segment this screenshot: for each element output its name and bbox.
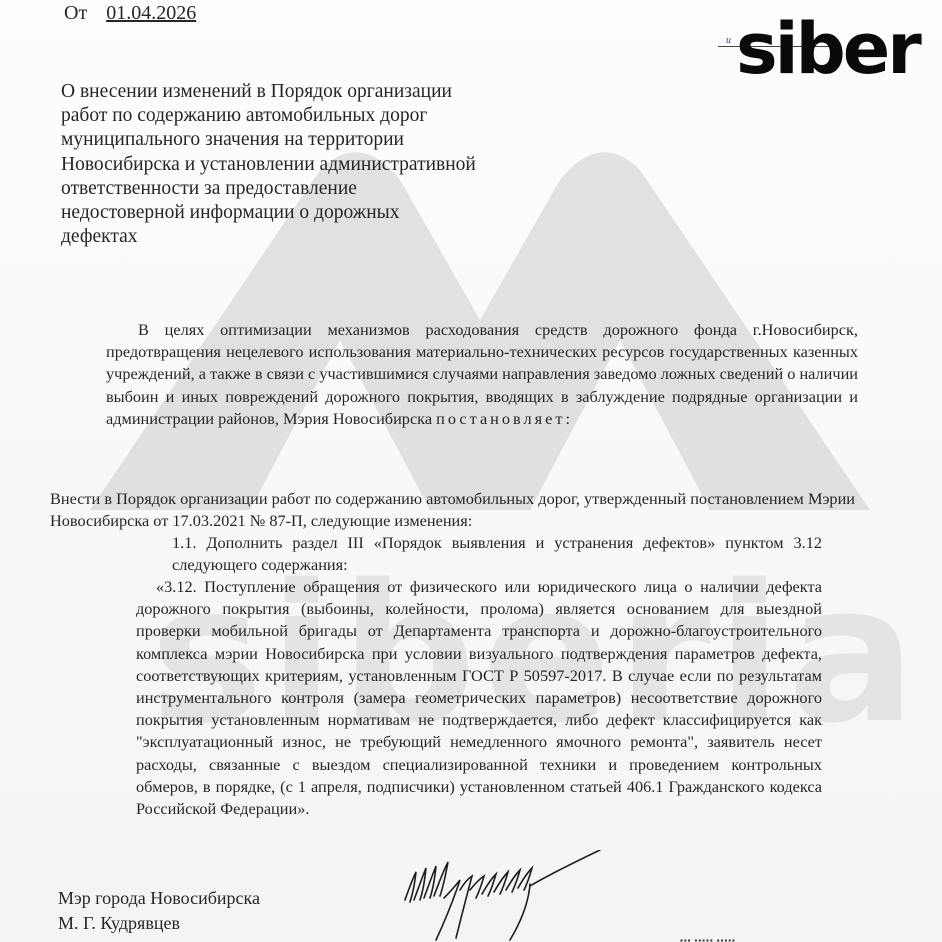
title-line: ответственности за предоставление [61, 177, 581, 201]
document-date: От 01.04.2026 [64, 2, 218, 25]
title-line: недостоверной информации о дорожных [61, 201, 581, 225]
clause-3-12-paragraph: «3.12. Поступление обращения от физическ… [136, 576, 822, 820]
handwritten-signature-icon [400, 850, 690, 942]
logo-mark: и [726, 35, 731, 46]
resolves-word: постановляет: [436, 409, 573, 428]
item-1-1-paragraph: 1.1. Дополнить раздел III «Порядок выявл… [172, 532, 822, 576]
document-title: О внесении изменений в Порядок организац… [61, 80, 581, 249]
signer-position: Мэр города Новосибирска [58, 888, 260, 909]
document-page: siberia От 01.04.2026 и siber О внесении… [0, 0, 942, 942]
title-line: О внесении изменений в Порядок организац… [61, 80, 581, 104]
title-line: муниципального значения на территории [61, 128, 581, 152]
stamp-text-fragment: ▪▪▪ ▪▪▪▪▪ ▪▪▪▪▪ [680, 936, 736, 942]
intro-paragraph: Внести в Порядок организации работ по со… [50, 488, 855, 532]
signer-name: М. Г. Кудрявцев [58, 913, 180, 934]
title-line: Новосибирска и установлении администрати… [61, 153, 581, 177]
siber-logo: siber [736, 14, 919, 84]
title-line: работ по содержанию автомобильных дорог [61, 104, 581, 128]
date-value: 01.04.2026 [106, 2, 218, 24]
preamble-paragraph: В целях оптимизации механизмов расходова… [106, 319, 858, 430]
title-line: дефектах [61, 225, 581, 249]
date-label: От [64, 2, 87, 24]
